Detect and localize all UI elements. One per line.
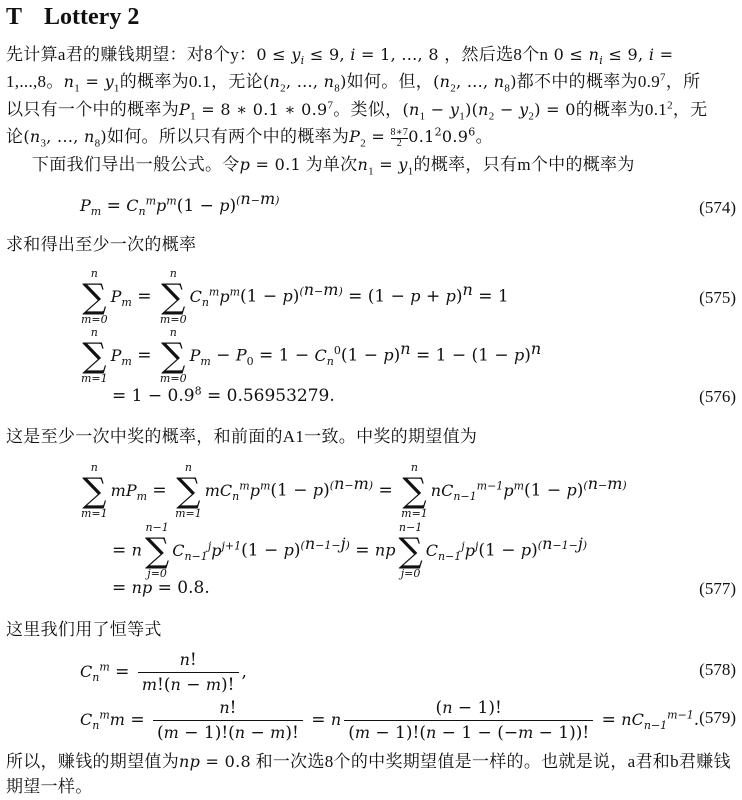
- equation-number: (576): [699, 387, 736, 407]
- paragraph-2: 下面我们导出一般公式。令p = 0.1 为单次n1 = y1的概率，只有m个中的…: [32, 154, 635, 176]
- paragraph-5: 这里我们用了恒等式: [6, 619, 162, 641]
- equation-577-line-3: = np = 0.8.: [112, 578, 210, 598]
- equation-576-line-1: n∑m=1Pm = n∑m=0Pm − P0 = 1 − Cn0(1 − p)n…: [78, 327, 541, 385]
- section-label: T: [6, 4, 22, 30]
- paragraph-4: 这是至少一次中奖的概率，和前面的A1一致。中奖的期望值为: [6, 426, 477, 448]
- section-title: Lottery 2: [44, 4, 139, 30]
- paragraph-3: 求和得出至少一次的概率: [6, 234, 196, 256]
- paragraph-1-line-1: 先计算a君的赚钱期望：对8个y：0 ≤ yi ≤ 9, i = 1, ..., …: [6, 44, 673, 66]
- paragraph-6-line-1: 所以，赚钱的期望值为np = 0.8 和一次选8个的中奖期望值是一样的。也就是说…: [6, 751, 731, 773]
- paragraph-1-line-2: 1,...,8。n1 = y1的概率为0.1，无论(n2, ..., n8)如何…: [6, 71, 700, 93]
- equation-number: (579): [699, 708, 736, 728]
- equation-574: Pm = Cnmpm(1 − p)(n−m): [80, 196, 279, 216]
- equation-575: n∑m=0Pm = n∑m=0Cnmpm(1 − p)(n−m) = (1 − …: [78, 268, 509, 326]
- equation-577-line-2: = nn−1∑j=0Cn−1jpj+1(1 − p)(n−1−j) = npn−…: [112, 522, 587, 580]
- equation-576-line-2: = 1 − 0.98 = 0.56953279.: [112, 386, 335, 406]
- paragraph-1-line-4: 论(n3, ..., n8)如何。所以只有两个中的概率为P2 = 8∗720.1…: [6, 126, 493, 149]
- equation-578: Cnm = n!m!(n − m)!,: [80, 650, 247, 695]
- equation-number: (578): [699, 660, 736, 680]
- paragraph-1-line-3: 以只有一个中的概率为P1 = 8 ∗ 0.1 ∗ 0.97。类似，(n1 − y…: [6, 99, 708, 121]
- equation-number: (577): [699, 579, 736, 599]
- equation-577-line-1: n∑m=1mPm = n∑m=1mCnmpm(1 − p)(n−m) = n∑m…: [78, 462, 627, 520]
- equation-579: Cnmm = n!(m − 1)!(n − m)! = n(n − 1)!(m …: [80, 698, 699, 743]
- equation-number: (575): [699, 288, 736, 308]
- section-heading: TLottery 2: [6, 4, 139, 31]
- paragraph-6-line-2: 期望一样。: [6, 776, 93, 798]
- equation-number: (574): [699, 198, 736, 218]
